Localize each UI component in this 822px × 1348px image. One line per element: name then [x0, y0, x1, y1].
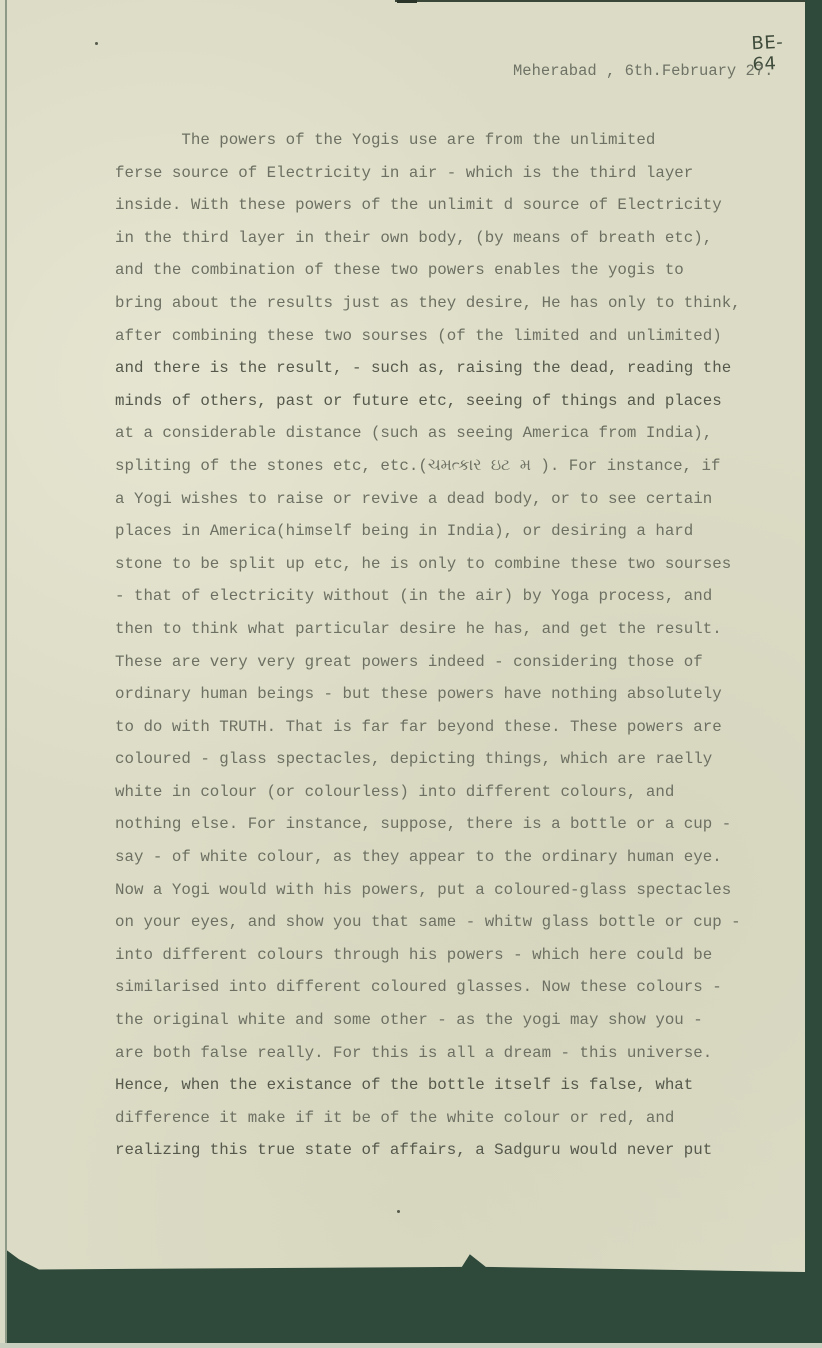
text-line: places in America(himself being in India… — [115, 515, 805, 548]
bottom-edge-strip — [0, 1343, 822, 1348]
text-line: the original white and some other - as t… — [115, 1004, 805, 1037]
text-line: Hence, when the existance of the bottle … — [115, 1069, 805, 1102]
top-edge-rule — [395, 0, 807, 2]
text-line: on your eyes, and show you that same - w… — [115, 906, 805, 939]
text-line: and the combination of these two powers … — [115, 254, 805, 287]
text-line: say - of white colour, as they appear to… — [115, 841, 805, 874]
text-line: realizing this true state of affairs, a … — [115, 1134, 805, 1167]
ink-dot-mark — [810, 254, 815, 259]
text-line: bring about the results just as they des… — [115, 287, 805, 320]
paper-speck — [397, 1210, 400, 1213]
paper-speck — [95, 42, 98, 45]
scan-background: BE-64 Meherabad , 6th.February 27. The p… — [0, 0, 822, 1348]
text-line: ferse source of Electricity in air - whi… — [115, 157, 805, 190]
dateline: Meherabad , 6th.February 27. — [513, 62, 773, 80]
text-line: Now a Yogi would with his powers, put a … — [115, 874, 805, 907]
text-line: stone to be split up etc, he is only to … — [115, 548, 805, 581]
text-line: white in colour (or colourless) into dif… — [115, 776, 805, 809]
text-line: minds of others, past or future etc, see… — [115, 385, 805, 418]
typewritten-page: BE-64 Meherabad , 6th.February 27. The p… — [7, 0, 805, 1272]
text-line: in the third layer in their own body, (b… — [115, 222, 805, 255]
text-line: and there is the result, - such as, rais… — [115, 352, 805, 385]
text-line: spliting of the stones etc, etc.(ચમત્કાર… — [115, 450, 805, 483]
text-line: to do with TRUTH. That is far far beyond… — [115, 711, 805, 744]
text-line: into different colours through his power… — [115, 939, 805, 972]
body-text: The powers of the Yogis use are from the… — [115, 124, 805, 1167]
text-line: are both false really. For this is all a… — [115, 1037, 805, 1070]
text-line: coloured - glass spectacles, depicting t… — [115, 743, 805, 776]
text-line: similarised into different coloured glas… — [115, 971, 805, 1004]
text-line: inside. With these powers of the unlimit… — [115, 189, 805, 222]
text-line: nothing else. For instance, suppose, the… — [115, 808, 805, 841]
text-line: These are very very great powers indeed … — [115, 646, 805, 679]
text-line: The powers of the Yogis use are from the… — [115, 124, 805, 157]
text-line: a Yogi wishes to raise or revive a dead … — [115, 483, 805, 516]
left-edge-line — [5, 0, 7, 1348]
top-edge-mark — [397, 0, 417, 3]
text-line: then to think what particular desire he … — [115, 613, 805, 646]
text-line: after combining these two sourses (of th… — [115, 320, 805, 353]
text-line: - that of electricity without (in the ai… — [115, 580, 805, 613]
text-line: at a considerable distance (such as seei… — [115, 417, 805, 450]
text-line: ordinary human beings - but these powers… — [115, 678, 805, 711]
text-line: difference it make if it be of the white… — [115, 1102, 805, 1135]
